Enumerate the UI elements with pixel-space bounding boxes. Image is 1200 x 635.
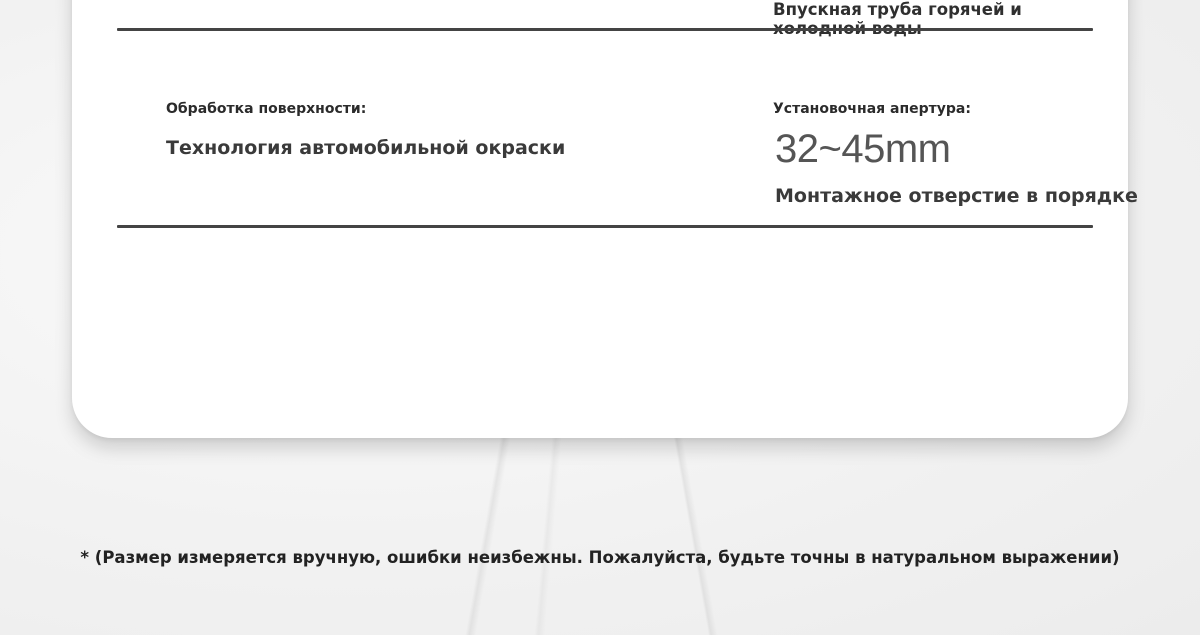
surface-treatment-value: Технология автомобильной окраски bbox=[166, 137, 565, 159]
mounting-aperture-label: Установочная апертура: bbox=[773, 101, 971, 117]
divider-top bbox=[117, 28, 1093, 31]
inlet-pipe-spec-value: Впускная труба горячей и холодной воды bbox=[773, 0, 1103, 38]
mounting-aperture-value: 32~45mm bbox=[775, 127, 950, 172]
spec-card bbox=[72, 0, 1128, 438]
surface-treatment-label: Обработка поверхности: bbox=[166, 101, 366, 117]
measurement-footnote: * (Размер измеряется вручную, ошибки неи… bbox=[0, 548, 1200, 567]
mounting-aperture-caption: Монтажное отверстие в порядке bbox=[775, 185, 1138, 207]
divider-bottom bbox=[117, 225, 1093, 228]
